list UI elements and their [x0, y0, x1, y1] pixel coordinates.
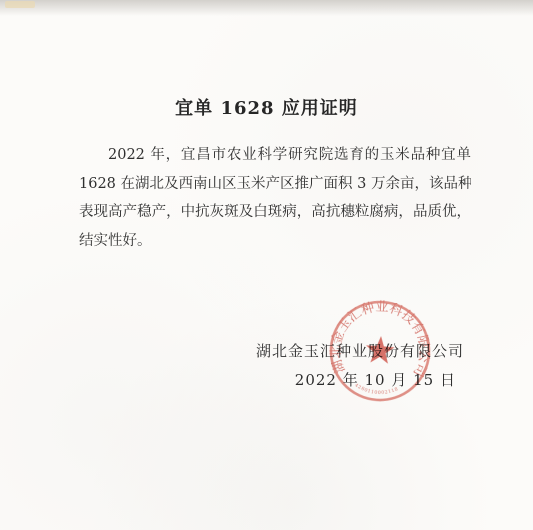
paper-texture	[0, 0, 533, 530]
body-line-1: 2022 年，宜昌市农业科学研究院选育的玉米品种宜单	[79, 141, 471, 170]
issue-date: 2022 年 10 月 15 日	[295, 369, 456, 390]
body-line-2: 1628 在湖北及西南山区玉米产区推广面积 3 万余亩，该品种	[79, 170, 471, 199]
scan-edge-shading	[0, 0, 533, 16]
scan-corner-artifact	[5, 1, 35, 8]
company-name: 湖北金玉汇种业股份有限公司	[256, 340, 464, 361]
scanned-certificate-page: 宜单 1628 应用证明 2022 年，宜昌市农业科学研究院选育的玉米品种宜单 …	[0, 0, 533, 530]
certificate-title: 宜单 1628 应用证明	[0, 94, 533, 120]
certificate-body: 2022 年，宜昌市农业科学研究院选育的玉米品种宜单 1628 在湖北及西南山区…	[79, 141, 471, 255]
body-line-4: 结实性好。	[79, 227, 471, 256]
body-line-3: 表现高产稳产，中抗灰斑及白斑病，高抗穗粒腐病，品质优，	[79, 198, 471, 227]
